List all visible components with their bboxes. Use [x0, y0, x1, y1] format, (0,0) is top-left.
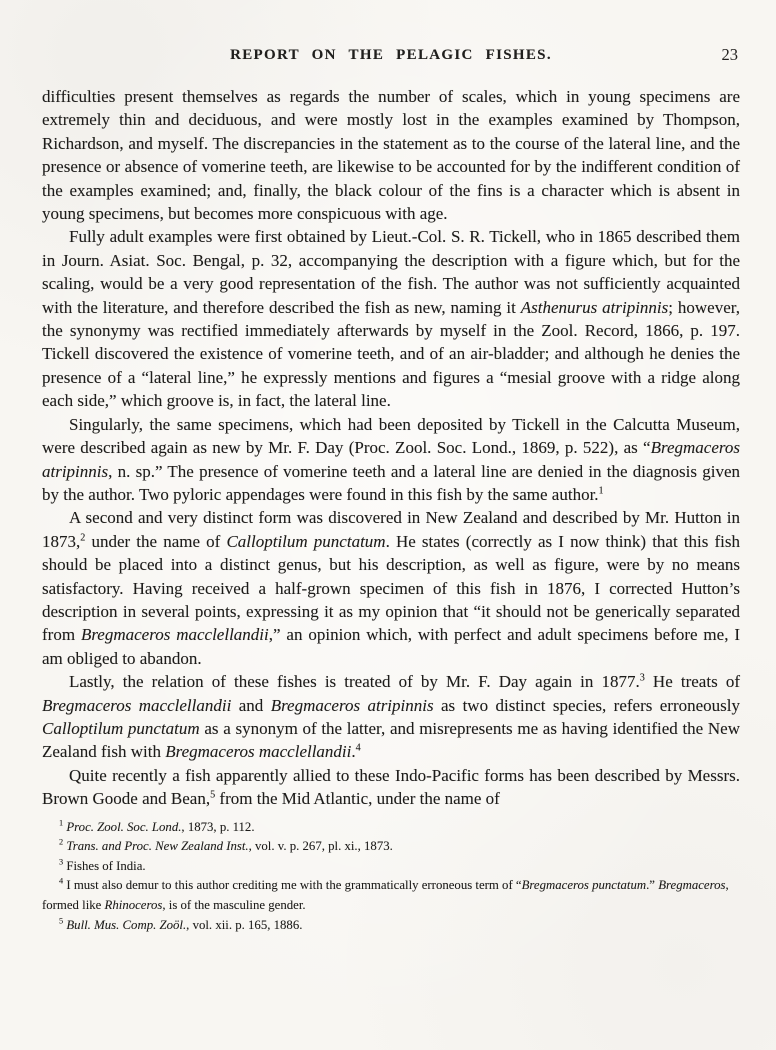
text-segment: Bregmaceros atripinnis [271, 696, 434, 715]
text-segment: Bregmaceros macclellandii [42, 696, 231, 715]
paragraph: difficulties present themselves as regar… [42, 85, 740, 225]
text-segment: He treats of [645, 672, 740, 691]
text-segment: Bregmaceros macclellandii [81, 625, 269, 644]
text-segment: I must also demur to this author crediti… [63, 878, 521, 892]
text-segment: Calloptilum punctatum [226, 532, 385, 551]
body-text: difficulties present themselves as regar… [42, 85, 740, 811]
paragraph: A second and very distinct form was disc… [42, 506, 740, 670]
paragraph: Lastly, the relation of these fishes is … [42, 670, 740, 764]
text-segment: under the name of [85, 532, 226, 551]
footnote-reference: 1 [599, 485, 604, 496]
text-segment: , vol. xii. p. 165, 1886. [186, 918, 302, 932]
footnotes: 1 Proc. Zool. Soc. Lond., 1873, p. 112.2… [42, 818, 732, 936]
footnote: 4 I must also demur to this author credi… [42, 876, 732, 915]
text-segment: Calloptilum punctatum [42, 719, 200, 738]
footnote-reference: 4 [356, 743, 361, 754]
footnote: 1 Proc. Zool. Soc. Lond., 1873, p. 112. [42, 818, 732, 838]
text-segment: Fishes of India. [63, 859, 145, 873]
paragraph: Fully adult examples were first obtained… [42, 225, 740, 412]
text-segment: Rhinoceros [105, 898, 163, 912]
page-header: REPORT ON THE PELAGIC FISHES. 23 [42, 46, 740, 64]
text-segment: .” [646, 878, 658, 892]
text-segment: Asthenurus atripinnis [521, 298, 669, 317]
text-segment: , n. sp.” The presence of vomerine teeth… [42, 462, 740, 504]
footnote: 2 Trans. and Proc. New Zealand Inst., vo… [42, 837, 732, 857]
text-segment: Trans. and Proc. New Zealand Inst. [66, 839, 248, 853]
text-segment: from the Mid Atlantic, under the name of [215, 789, 500, 808]
text-segment: Singularly, the same specimens, which ha… [42, 415, 740, 457]
text-segment: , vol. v. p. 267, pl. xi., 1873. [249, 839, 393, 853]
footnote: 3 Fishes of India. [42, 857, 732, 877]
page-number: 23 [722, 46, 739, 64]
text-segment: Lastly, the relation of these fishes is … [69, 672, 640, 691]
paragraph: Quite recently a fish apparently allied … [42, 764, 740, 811]
footnote: 5 Bull. Mus. Comp. Zoöl., vol. xii. p. 1… [42, 916, 732, 936]
text-segment: , 1873, p. 112. [181, 820, 254, 834]
text-segment: , is of the masculine gender. [162, 898, 305, 912]
scanned-page: REPORT ON THE PELAGIC FISHES. 23 difficu… [0, 0, 776, 1050]
text-segment: Bregmaceros macclellandii [165, 742, 351, 761]
running-title: REPORT ON THE PELAGIC FISHES. [42, 46, 740, 64]
text-segment: Bregmaceros [658, 878, 725, 892]
text-segment: Bull. Mus. Comp. Zoöl. [66, 918, 186, 932]
paragraph: Singularly, the same specimens, which ha… [42, 413, 740, 507]
text-segment: as two distinct species, refers erroneou… [434, 696, 740, 715]
text-segment: Bregmaceros punctatum [522, 878, 647, 892]
text-segment: and [231, 696, 270, 715]
text-segment: Proc. Zool. Soc. Lond. [66, 820, 181, 834]
text-segment: difficulties present themselves as regar… [42, 87, 740, 223]
